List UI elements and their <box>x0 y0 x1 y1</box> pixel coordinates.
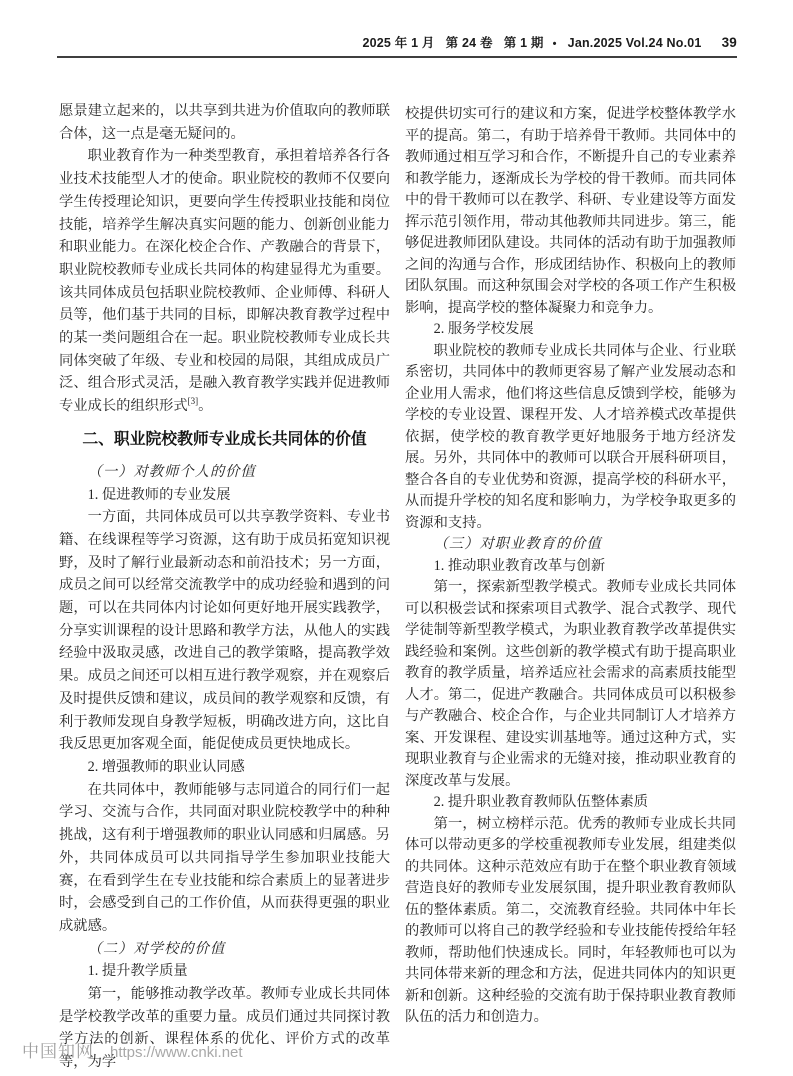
header-date-cn: 2025 年 1 月 <box>362 36 434 50</box>
paragraph-teacher-development: 一方面，共同体成员可以共享教学资料、专业书籍、在线课程等学习资源，这有助于成员拓… <box>59 506 390 756</box>
left-column: 愿景建立起来的，以共享到共进为价值取向的教师联合体，这一点是毫无疑问的。 职业教… <box>59 100 390 1074</box>
paragraph-intro-text: 职业教育作为一种类型教育，承担着培养各行各业技术技能型人才的使命。职业院校的教师… <box>59 148 390 414</box>
subsection-heading-2: （二）对学校的价值 <box>59 938 390 961</box>
paragraph-intro: 职业教育作为一种类型教育，承担着培养各行各业技术技能型人才的使命。职业院校的教师… <box>59 145 390 417</box>
paragraph-team-quality: 第一，树立榜样示范。优秀的教师专业成长共同体可以带动更多的学校重视教师专业发展，… <box>405 814 736 1029</box>
subsection-heading-1-1: 1. 促进教师的专业发展 <box>59 484 390 507</box>
cnki-watermark-url: https://www.cnki.net <box>110 1044 243 1061</box>
paragraph-teaching-quality-continued: 校提供切实可行的建议和方案，促进学校整体教学水平的提高。第二，有助于培养骨干教师… <box>405 104 736 319</box>
journal-page: { "header": { "date_cn": "2025 年 1 月", "… <box>0 0 793 1076</box>
journal-header: 2025 年 1 月第 24 卷第 1 期•Jan.2025 Vol.24 No… <box>57 33 737 51</box>
header-divider-rule <box>57 56 737 58</box>
subsection-heading-3-2: 2. 提升职业教育教师队伍整体素质 <box>405 792 736 814</box>
cnki-watermark: 中国知网https://www.cnki.net <box>22 1037 243 1062</box>
subsection-heading-3: （三）对职业教育的价值 <box>405 534 736 556</box>
header-bullet-separator: • <box>553 38 557 50</box>
subsection-heading-1: （一）对教师个人的价值 <box>59 461 390 484</box>
header-volume-cn: 第 24 卷 <box>446 36 493 50</box>
paragraph-vocational-reform: 第一，探索新型教学模式。教师专业成长共同体可以积极尝试和探索项目式教学、混合式教… <box>405 577 736 792</box>
right-column: 校提供切实可行的建议和方案，促进学校整体教学水平的提高。第二，有助于培养骨干教师… <box>405 104 736 1029</box>
section-heading: 二、职业院校教师专业成长共同体的价值 <box>59 428 390 451</box>
subsection-heading-2-1: 1. 提升教学质量 <box>59 960 390 983</box>
paragraph-continued: 愿景建立起来的，以共享到共进为价值取向的教师联合体，这一点是毫无疑问的。 <box>59 100 390 145</box>
subsection-heading-1-2: 2. 增强教师的职业认同感 <box>59 756 390 779</box>
header-issue-cn: 第 1 期 <box>504 36 544 50</box>
subsection-heading-2-2: 2. 服务学校发展 <box>405 319 736 341</box>
paragraph-professional-identity: 在共同体中，教师能够与志同道合的同行们一起学习、交流与合作，共同面对职业院校教学… <box>59 779 390 938</box>
paragraph-school-development: 职业院校的教师专业成长共同体与企业、行业联系密切，共同体中的教师更容易了解产业发… <box>405 341 736 535</box>
subsection-heading-3-1: 1. 推动职业教育改革与创新 <box>405 556 736 578</box>
citation-reference: [3] <box>188 396 199 406</box>
cnki-watermark-name: 中国知网 <box>22 1042 94 1061</box>
page-number: 39 <box>722 35 737 50</box>
header-issue-en: Jan.2025 Vol.24 No.01 <box>568 36 702 50</box>
paragraph-intro-end: 。 <box>198 398 212 414</box>
